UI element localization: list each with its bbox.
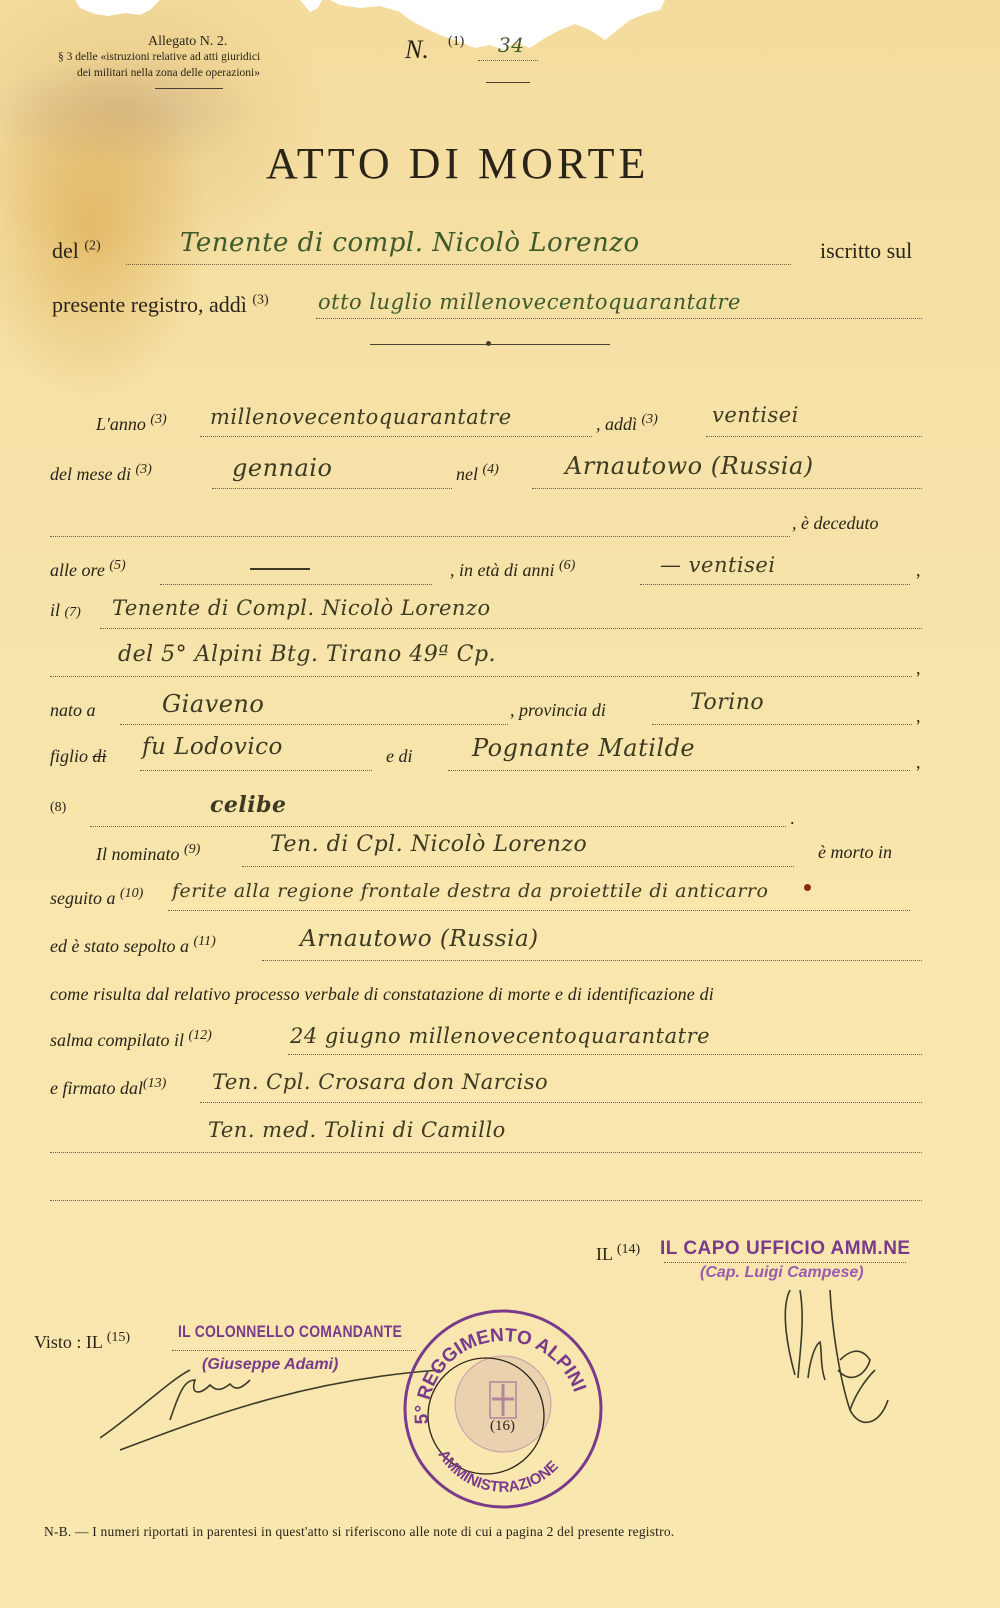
- sepolto-label: ed è stato sepolto a (11): [50, 934, 216, 957]
- deceduto-field-line: [50, 536, 790, 537]
- capo-signature: [780, 1290, 890, 1430]
- nel-value: Arnautowo (Russia): [565, 452, 814, 480]
- del-field-line: [126, 264, 791, 265]
- annex-rule: [155, 88, 223, 89]
- anno-field-line: [200, 436, 592, 437]
- annex-line-2: dei militari nella zona delle operazioni…: [77, 67, 260, 79]
- il-field-line: [100, 628, 922, 629]
- annex-line-1: § 3 delle «istruzioni relative ad atti g…: [58, 51, 260, 63]
- provincia-value: Torino: [690, 690, 764, 715]
- provincia-label: , provincia di: [510, 700, 606, 721]
- svg-text:AMMINISTRAZIONE: AMMINISTRAZIONE: [434, 1447, 561, 1496]
- ore-label: alle ore (5): [50, 558, 126, 581]
- seguito-label: seguito a (10): [50, 886, 143, 909]
- document-page: Allegato N. 2. § 3 delle «istruzioni rel…: [0, 0, 1000, 1608]
- nel-field-line: [532, 488, 922, 489]
- addi-label: , addì (3): [596, 412, 658, 435]
- capo-il-label: IL (14): [596, 1242, 640, 1265]
- firmato-value-line2: Ten. med. Tolini di Camillo: [208, 1118, 506, 1142]
- nato-field-line: [120, 724, 508, 725]
- stato-field-line: [90, 826, 786, 827]
- capo-stamp: IL CAPO UFFICIO AMM.NE: [660, 1238, 911, 1260]
- morto-label: è morto in: [818, 842, 892, 863]
- firmato-field-line: [200, 1102, 922, 1103]
- presente-field-line: [316, 318, 922, 319]
- il-value-line1: Tenente di Compl. Nicolò Lorenzo: [112, 596, 491, 620]
- il-label: il (7): [50, 600, 81, 621]
- blank-field-line: [50, 1200, 922, 1201]
- e-di-label: e di: [386, 746, 413, 767]
- nel-label: nel (4): [456, 462, 499, 485]
- nato-label: nato a: [50, 700, 96, 721]
- capo-name: (Cap. Luigi Campese): [700, 1264, 864, 1282]
- iscritto-label: iscritto sul: [820, 238, 912, 264]
- del-value: Tenente di compl. Nicolò Lorenzo: [180, 228, 640, 258]
- nominato-value: Ten. di Cpl. Nicolò Lorenzo: [270, 832, 587, 857]
- capo-field-line: [664, 1262, 906, 1263]
- padre-field-line: [140, 770, 372, 771]
- footer-note: N-B. — I numeri riportati in parentesi i…: [44, 1524, 674, 1540]
- eta-value: — ventisei: [660, 553, 776, 577]
- salma-value: 24 giugno millenovecentoquarantatre: [290, 1024, 710, 1048]
- stato-ref: (8): [50, 800, 66, 816]
- number-value: 34: [498, 33, 524, 57]
- il-value-line2: del 5° Alpini Btg. Tirano 49ª Cp.: [118, 642, 496, 667]
- anno-value: millenovecentoquarantatre: [210, 405, 512, 429]
- provincia-comma: ,: [916, 706, 921, 727]
- padre-value: fu Lodovico: [142, 734, 283, 760]
- firmato-label: e firmato dal(13): [50, 1076, 166, 1099]
- stato-period: .: [790, 808, 795, 829]
- presente-value: otto luglio millenovecentoquarantatre: [318, 290, 741, 314]
- nominato-label: Il nominato (9): [96, 842, 200, 865]
- ink-spot: [804, 884, 811, 891]
- deceduto-label: , è deceduto: [792, 513, 878, 534]
- annex-title: Allegato N. 2.: [148, 34, 227, 50]
- number-rule: [486, 82, 530, 83]
- anno-label: L'anno (3): [96, 412, 167, 435]
- provincia-field-line: [652, 724, 912, 725]
- eta-comma: ,: [916, 560, 921, 581]
- seguito-value: ferite alla regione frontale destra da p…: [172, 880, 768, 902]
- firmato-field-line-2: [50, 1152, 922, 1153]
- figlio-label: figlio di: [50, 746, 107, 767]
- salma-field-line: [288, 1054, 922, 1055]
- mese-label: del mese di (3): [50, 462, 152, 485]
- mese-value: gennaio: [232, 454, 332, 482]
- addi-field-line: [706, 436, 922, 437]
- presente-label: presente registro, addì (3): [52, 292, 269, 318]
- il-field-line-2: [50, 676, 912, 677]
- eta-label: , in età di anni (6): [450, 558, 575, 581]
- seguito-field-line: [168, 910, 910, 911]
- eta-field-line: [640, 584, 910, 585]
- ore-field-line: [160, 584, 432, 585]
- colonnello-stamp: IL COLONNELLO COMANDANTE: [178, 1322, 402, 1342]
- il-comma: ,: [916, 658, 921, 679]
- salma-label: salma compilato il (12): [50, 1028, 212, 1051]
- regiment-seal: 5° REGGIMENTO ALPINI AMMINISTRAZIONE: [398, 1304, 608, 1514]
- colonnello-signature: [100, 1350, 440, 1460]
- madre-value: Pognante Matilde: [472, 734, 695, 762]
- sepolto-field-line: [262, 960, 922, 961]
- number-label: N.: [405, 35, 429, 65]
- number-field-line: [478, 60, 538, 61]
- page-title: ATTO DI MORTE: [266, 138, 649, 189]
- mese-field-line: [212, 488, 452, 489]
- seal-ref: (16): [490, 1418, 515, 1435]
- number-ref: (1): [448, 34, 464, 50]
- madre-comma: ,: [916, 752, 921, 773]
- section-rule-dot: [486, 341, 491, 346]
- risulta-text: come risulta dal relativo processo verba…: [50, 984, 714, 1005]
- nato-value: Giaveno: [162, 690, 264, 718]
- addi-value: ventisei: [712, 403, 799, 427]
- ore-value-dash: [250, 568, 310, 570]
- del-label: del (2): [52, 238, 101, 264]
- sepolto-value: Arnautowo (Russia): [300, 926, 539, 952]
- stato-value: celibe: [210, 792, 287, 818]
- firmato-value-line1: Ten. Cpl. Crosara don Narciso: [212, 1070, 548, 1094]
- nominato-field-line: [242, 866, 794, 867]
- madre-field-line: [448, 770, 910, 771]
